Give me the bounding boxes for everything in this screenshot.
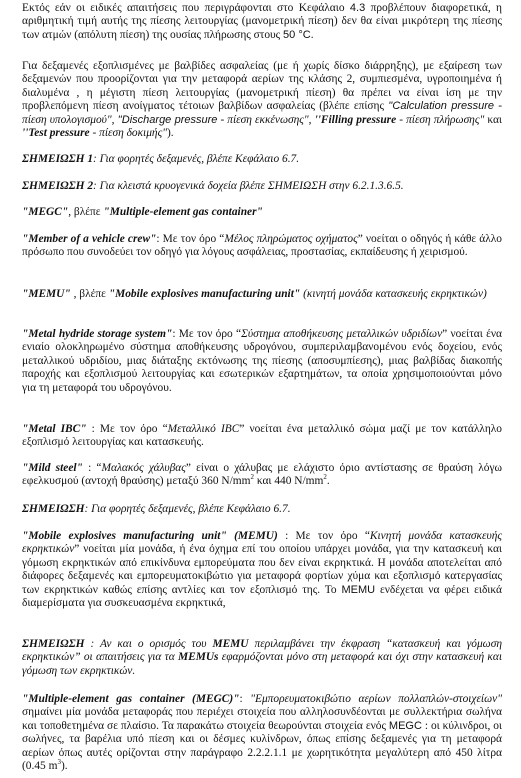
definition-memu: "Mobile explosives manufacturing unit" (… <box>22 530 502 610</box>
definition-vehicle-crew: "Member of a vehicle crew": Με τον όρο “… <box>22 233 502 260</box>
definition-metal-hydride: "Metal hydride storage system": Με τον ό… <box>22 328 502 395</box>
paragraph-working-pressure: Εκτός εάν οι ειδικές απαιτήσεις που περι… <box>22 2 502 42</box>
definition-megc-ref: "MEGC", βλέπε "Multiple-element gas cont… <box>22 206 502 219</box>
paragraph-safety-valves: Για δεξαμενές εξοπλισμένες με βαλβίδες α… <box>22 60 502 140</box>
definition-megc: "Multiple-element gas container (MEGC)":… <box>22 693 502 773</box>
document-page: Εκτός εάν οι ειδικές απαιτήσεις που περι… <box>0 0 521 778</box>
note-3: ΣΗΜΕΙΩΣΗ: Για φορητές δεξαμενές, βλέπε Κ… <box>22 503 502 516</box>
definition-mild-steel: "Mild steel" : “Μαλακός χάλυβας” είναι ο… <box>22 462 502 489</box>
note-2: ΣΗΜΕΙΩΣΗ 2: Για κλειστά κρυογενικά δοχεί… <box>22 180 502 193</box>
definition-memu-ref: "MEMU" , βλέπε "Mobile explosives manufa… <box>22 288 502 301</box>
note-1: ΣΗΜΕΙΩΣΗ 1: Για φορητές δεξαμενές, βλέπε… <box>22 153 502 166</box>
definition-metal-ibc: "Metal IBC" : Με τον όρο “Μεταλλικό IBC”… <box>22 423 502 450</box>
note-4: ΣΗΜΕΙΩΣΗ : Αν και ο ορισμός του MEMU περ… <box>22 638 502 678</box>
